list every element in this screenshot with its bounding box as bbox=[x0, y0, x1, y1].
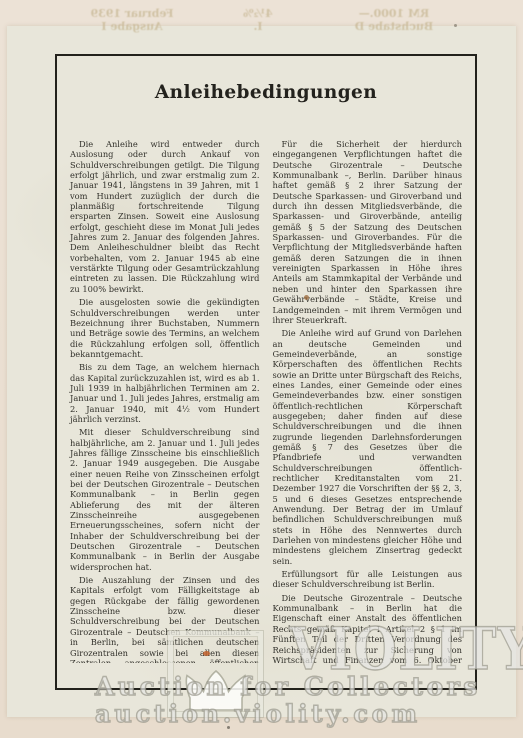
paper-speck bbox=[454, 24, 457, 27]
paper-speck bbox=[227, 726, 230, 729]
bleedthrough-line: Ausgabe I bbox=[86, 20, 178, 33]
terms-paragraph: Die ausgelosten sowie die gekündigten Sc… bbox=[70, 297, 260, 359]
scanned-bond-document: Februar 1939 Ausgabe I 4½% I. RM 1000.— … bbox=[0, 0, 523, 738]
text-columns: Die Anleihe wird entweder durch Auslosun… bbox=[57, 139, 475, 663]
terms-paragraph: Die Anleihe wird auf Grund von Darlehen … bbox=[273, 328, 463, 566]
bleedthrough-text-right: RM 1000.— Buchstabe D bbox=[352, 7, 436, 39]
watermark-tagline: Auction for Collectors bbox=[95, 672, 481, 701]
bleedthrough-text-left: Februar 1939 Ausgabe I bbox=[86, 7, 178, 39]
bleedthrough-line: I. bbox=[238, 20, 278, 33]
terms-paragraph: Erfüllungsort für alle Leistungen aus di… bbox=[273, 569, 463, 590]
paper-speck bbox=[203, 651, 210, 656]
bleedthrough-text-center: 4½% I. bbox=[238, 7, 278, 39]
bleedthrough-line: Februar 1939 bbox=[86, 7, 178, 20]
terms-paragraph: Für die Sicherheit der hierdurch eingega… bbox=[273, 139, 463, 325]
terms-paragraph: Die Anleihe wird entweder durch Auslosun… bbox=[70, 139, 260, 294]
violity-watermark: VIOLITY bbox=[289, 620, 523, 678]
right-column: Für die Sicherheit der hierdurch eingega… bbox=[273, 139, 463, 663]
bleedthrough-line: 4½% bbox=[238, 7, 278, 20]
bleedthrough-line: RM 1000.— bbox=[352, 7, 436, 20]
bleedthrough-line: Buchstabe D bbox=[352, 20, 436, 33]
page-title: Anleihebedingungen bbox=[57, 82, 475, 103]
document-border: Anleihebedingungen Die Anleihe wird entw… bbox=[55, 54, 477, 690]
paper-speck bbox=[304, 295, 309, 300]
left-column: Die Anleihe wird entweder durch Auslosun… bbox=[70, 139, 260, 663]
terms-paragraph: Mit dieser Schuldverschreibung sind halb… bbox=[70, 427, 260, 572]
terms-paragraph: Bis zu dem Tage, an welchem hiernach das… bbox=[70, 362, 260, 424]
watermark-site: auction.violity.com bbox=[95, 699, 421, 728]
